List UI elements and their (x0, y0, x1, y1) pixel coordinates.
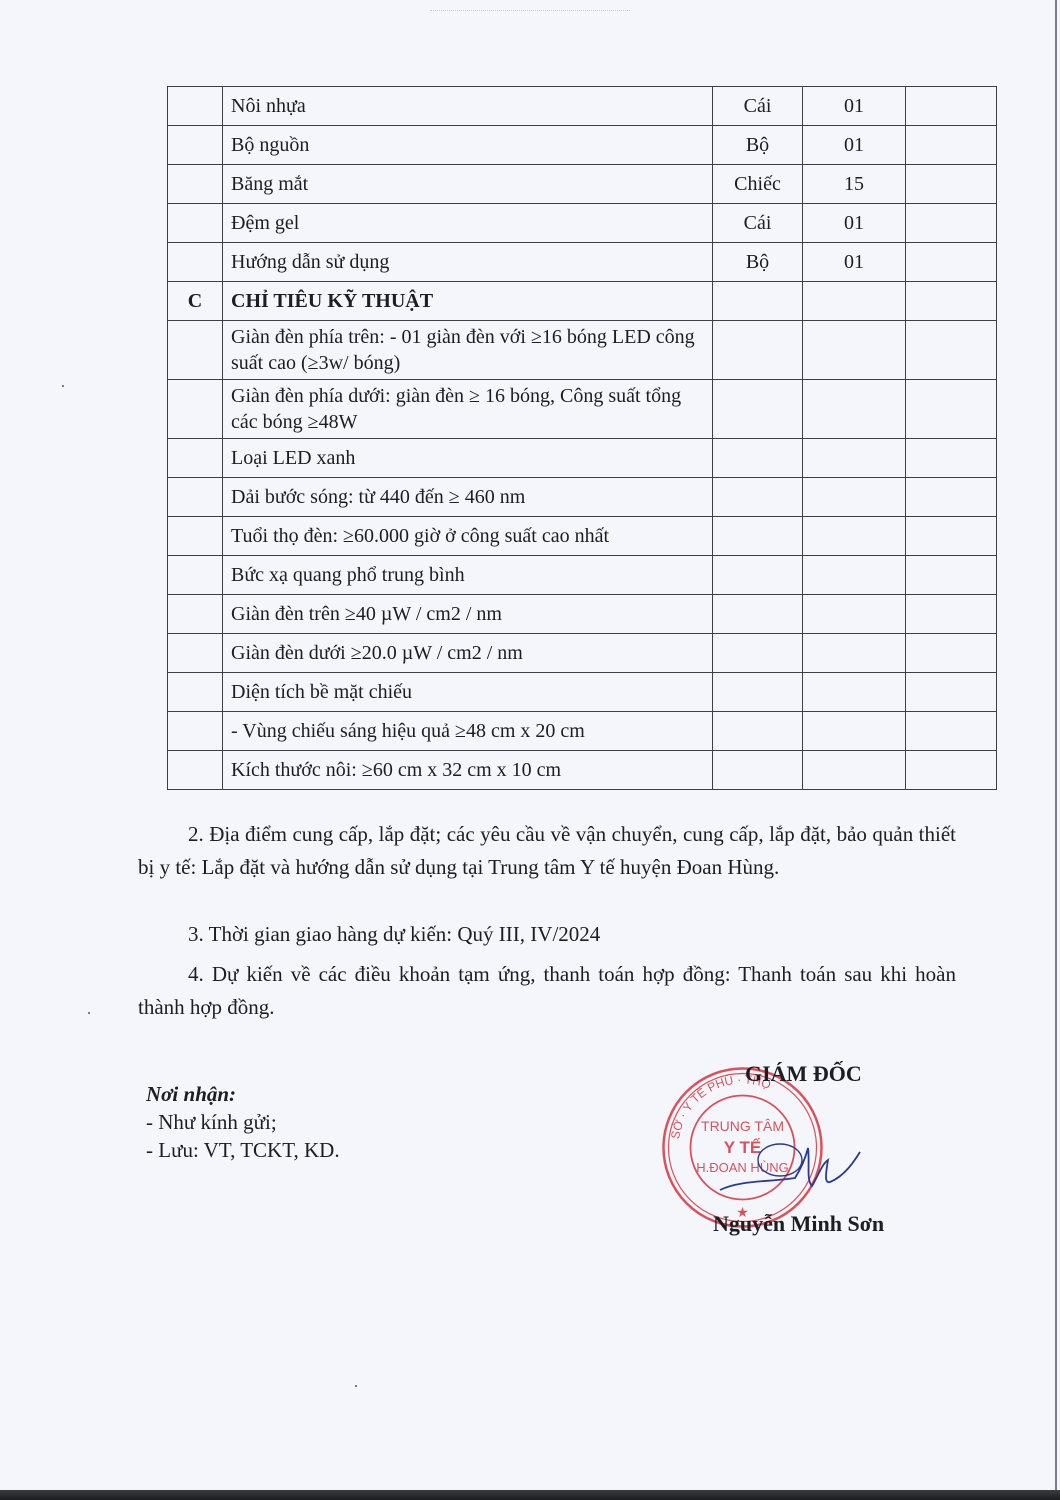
empty-cell (168, 673, 223, 712)
spec-row: Loại LED xanh (168, 439, 997, 478)
spec-text: Bức xạ quang phổ trung bình (223, 556, 713, 595)
spec-text: Kích thước nôi: ≥60 cm x 32 cm x 10 cm (223, 751, 713, 790)
table-row: Băng mắt Chiếc 15 (168, 165, 997, 204)
empty-cell (803, 751, 906, 790)
empty-cell (906, 380, 997, 439)
empty-cell (803, 673, 906, 712)
empty-cell (713, 478, 803, 517)
empty-cell (168, 634, 223, 673)
spec-row: Kích thước nôi: ≥60 cm x 32 cm x 10 cm (168, 751, 997, 790)
item-name-cell: Nôi nhựa (223, 87, 713, 126)
empty-cell (713, 439, 803, 478)
empty-cell (906, 673, 997, 712)
scan-edge-bottom (0, 1490, 1060, 1500)
recipient-item: - Như kính gửi; (146, 1108, 340, 1136)
stt-cell (168, 243, 223, 282)
empty-cell (168, 556, 223, 595)
unit-cell: Bộ (713, 126, 803, 165)
equipment-spec-table: Nôi nhựa Cái 01 Bộ nguồn Bộ 01 Băng mắt … (167, 86, 997, 790)
section-header-row: C CHỈ TIÊU KỸ THUẬT (168, 282, 997, 321)
spec-text: Loại LED xanh (223, 439, 713, 478)
spec-text: Dải bước sóng: từ 440 đến ≥ 460 nm (223, 478, 713, 517)
spec-row: Bức xạ quang phổ trung bình (168, 556, 997, 595)
paragraph-text: 4. Dự kiến về các điều khoản tạm ứng, th… (138, 962, 956, 1019)
handwritten-signature-icon (700, 1140, 870, 1200)
empty-cell (168, 517, 223, 556)
faded-header-mark (430, 0, 630, 11)
empty-cell (713, 517, 803, 556)
spec-row: Dải bước sóng: từ 440 đến ≥ 460 nm (168, 478, 997, 517)
empty-cell (713, 321, 803, 380)
paragraph-text: 3. Thời gian giao hàng dự kiến: Quý III,… (188, 922, 600, 946)
spec-row: - Vùng chiếu sáng hiệu quả ≥48 cm x 20 c… (168, 712, 997, 751)
empty-cell (803, 439, 906, 478)
stt-cell (168, 126, 223, 165)
delivery-time-paragraph: 3. Thời gian giao hàng dự kiến: Quý III,… (138, 918, 956, 951)
empty-cell (906, 595, 997, 634)
item-name-cell: Đệm gel (223, 204, 713, 243)
paragraph-text: 2. Địa điểm cung cấp, lắp đặt; các yêu c… (138, 822, 956, 879)
empty-cell (803, 556, 906, 595)
empty-cell (168, 595, 223, 634)
empty-cell (713, 595, 803, 634)
stt-cell (168, 165, 223, 204)
qty-cell: 01 (803, 204, 906, 243)
empty-cell (906, 439, 997, 478)
empty-cell (906, 282, 997, 321)
empty-cell (906, 712, 997, 751)
spec-text: Giàn đèn trên ≥40 µW / cm2 / nm (223, 595, 713, 634)
delivery-location-paragraph: 2. Địa điểm cung cấp, lắp đặt; các yêu c… (138, 818, 956, 884)
section-label: C (168, 282, 223, 321)
spec-text: - Vùng chiếu sáng hiệu quả ≥48 cm x 20 c… (223, 712, 713, 751)
empty-cell (803, 595, 906, 634)
spec-row: Giàn đèn trên ≥40 µW / cm2 / nm (168, 595, 997, 634)
empty-cell (906, 556, 997, 595)
empty-cell (713, 282, 803, 321)
empty-cell (713, 673, 803, 712)
empty-cell (906, 634, 997, 673)
empty-cell (713, 556, 803, 595)
empty-cell (713, 751, 803, 790)
scan-speck (88, 1012, 90, 1014)
spec-row: Giàn đèn phía dưới: giàn đèn ≥ 16 bóng, … (168, 380, 997, 439)
empty-cell (168, 712, 223, 751)
signatory-name: Nguyễn Minh Sơn (713, 1211, 884, 1237)
note-cell (906, 204, 997, 243)
note-cell (906, 165, 997, 204)
spec-row: Giàn đèn dưới ≥20.0 µW / cm2 / nm (168, 634, 997, 673)
empty-cell (803, 478, 906, 517)
empty-cell (168, 439, 223, 478)
note-cell (906, 126, 997, 165)
table-row: Hướng dẫn sử dụng Bộ 01 (168, 243, 997, 282)
empty-cell (803, 282, 906, 321)
recipient-item: - Lưu: VT, TCKT, KD. (146, 1136, 340, 1164)
spec-text: Giàn đèn phía dưới: giàn đèn ≥ 16 bóng, … (223, 380, 713, 439)
empty-cell (168, 751, 223, 790)
recipients-block: Nơi nhận: - Như kính gửi; - Lưu: VT, TCK… (146, 1080, 340, 1164)
qty-cell: 15 (803, 165, 906, 204)
qty-cell: 01 (803, 87, 906, 126)
empty-cell (168, 478, 223, 517)
empty-cell (803, 634, 906, 673)
empty-cell (713, 380, 803, 439)
spec-text: Giàn đèn dưới ≥20.0 µW / cm2 / nm (223, 634, 713, 673)
svg-text:TRUNG TÂM: TRUNG TÂM (701, 1118, 784, 1134)
signatory-title: GIÁM ĐỐC (745, 1061, 862, 1087)
empty-cell (803, 712, 906, 751)
empty-cell (906, 751, 997, 790)
qty-cell: 01 (803, 243, 906, 282)
stt-cell (168, 87, 223, 126)
spec-text: Diện tích bề mặt chiếu (223, 673, 713, 712)
spec-text: Giàn đèn phía trên: - 01 giàn đèn với ≥1… (223, 321, 713, 380)
scan-edge-right (1055, 0, 1057, 1500)
spec-row: Giàn đèn phía trên: - 01 giàn đèn với ≥1… (168, 321, 997, 380)
qty-cell: 01 (803, 126, 906, 165)
empty-cell (803, 517, 906, 556)
spec-row: Diện tích bề mặt chiếu (168, 673, 997, 712)
unit-cell: Cái (713, 204, 803, 243)
stt-cell (168, 204, 223, 243)
note-cell (906, 87, 997, 126)
item-name-cell: Bộ nguồn (223, 126, 713, 165)
spec-text: Tuổi thọ đèn: ≥60.000 giờ ở công suất ca… (223, 517, 713, 556)
unit-cell: Chiếc (713, 165, 803, 204)
item-name-cell: Hướng dẫn sử dụng (223, 243, 713, 282)
table-row: Bộ nguồn Bộ 01 (168, 126, 997, 165)
scan-speck (62, 385, 64, 387)
empty-cell (906, 321, 997, 380)
empty-cell (906, 517, 997, 556)
empty-cell (713, 634, 803, 673)
empty-cell (803, 380, 906, 439)
empty-cell (906, 478, 997, 517)
unit-cell: Bộ (713, 243, 803, 282)
table-row: Đệm gel Cái 01 (168, 204, 997, 243)
item-name-cell: Băng mắt (223, 165, 713, 204)
empty-cell (803, 321, 906, 380)
unit-cell: Cái (713, 87, 803, 126)
empty-cell (168, 380, 223, 439)
recipients-title: Nơi nhận: (146, 1080, 340, 1108)
payment-terms-paragraph: 4. Dự kiến về các điều khoản tạm ứng, th… (138, 958, 956, 1024)
table-row: Nôi nhựa Cái 01 (168, 87, 997, 126)
section-title: CHỈ TIÊU KỸ THUẬT (223, 282, 713, 321)
scan-speck (355, 1385, 357, 1387)
spec-row: Tuổi thọ đèn: ≥60.000 giờ ở công suất ca… (168, 517, 997, 556)
empty-cell (713, 712, 803, 751)
empty-cell (168, 321, 223, 380)
note-cell (906, 243, 997, 282)
